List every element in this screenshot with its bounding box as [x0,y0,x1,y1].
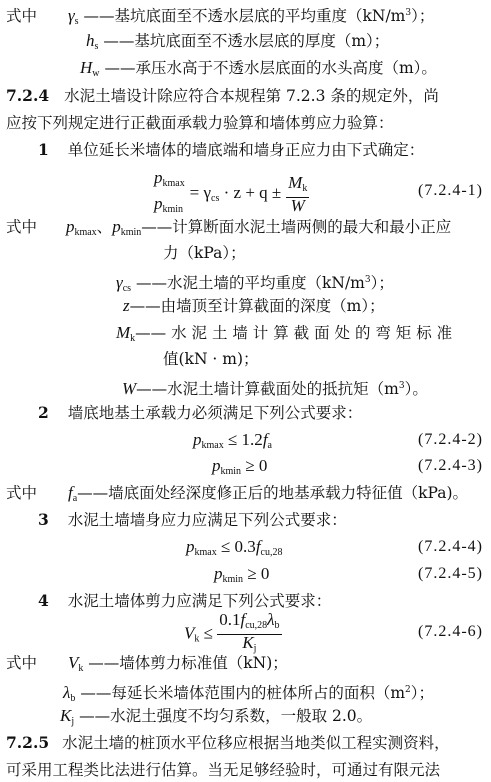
equation-number: (7.2.4-1) [418,180,483,202]
equation-number: (7.2.4-4) [418,536,483,558]
definition-gamma-cs: γcs ——水泥土墙的平均重度（kN/m3）； [116,269,394,291]
clause-7-2-5: 7.2.5 水泥土墙的桩顶水平位移应根据当地类似工程实测资料， [6,732,450,754]
equation-number: (7.2.4-5) [418,563,483,585]
clause-text: 可采用工程类比法进行估算。当无足够经验时，可通过有限元法 [6,761,440,779]
clause-7-2-4: 7.2.4 水泥土墙设计除应符合本规程第 7.2.3 条的规定外，尚 [6,85,439,107]
formula-7-2-4-3: pkmin ≥ 0 [212,455,267,477]
definition-text: ——承压水高于不透水层底面的水头高度（m）。 [104,59,436,77]
formula-7-2-4-6: Vk ≤ 0.1fcu,28λb Kj [184,612,282,652]
item-text: 墙底地基土承载力必须满足下列公式要求： [68,404,363,422]
equation-number: (7.2.4-3) [418,455,483,477]
formula-7-2-4-4: pkmax ≤ 0.3fcu,28 [186,536,283,558]
equation-number: (7.2.4-2) [418,429,483,451]
definition-text: ——基坑底面至不透水层底的厚度（m）； [103,32,389,50]
definition-h-s: hs ——基坑底面至不透水层底的厚度（m）； [86,30,389,52]
definition-p-kmax-kmin: 式中 pkmax、pkmin——计算断面水泥土墙两侧的最大和最小正应 [6,216,451,238]
definition-text: ——计算断面水泥土墙两侧的最大和最小正应 [141,218,451,236]
definition-z: z——由墙顶至计算截面的深度（m）； [123,295,385,317]
item-number: 4 [38,591,49,610]
definition-text: ——基坑底面至不透水层底的平均重度（kN/m [84,7,406,25]
formula-7-2-4-5: pkmin ≥ 0 [214,563,269,585]
definition-W: W——水泥土墙计算截面处的抵抗矩（m3）。 [122,375,428,397]
clause-7-2-5-cont: 可采用工程类比法进行估算。当无足够经验时，可通过有限元法 [6,759,440,781]
definition-H-w: Hw ——承压水高于不透水层底面的水头高度（m）。 [80,57,437,79]
item-text: 单位延长米墙体的墙底端和墙身正应力由下式确定： [68,141,425,159]
clause-text: 水泥土墙设计除应符合本规程第 7.2.3 条的规定外，尚 [64,87,439,105]
where-label: 式中 [6,218,37,236]
fraction: 0.1fcu,28λb Kj [217,612,281,657]
item-number: 2 [38,403,49,422]
clause-number: 7.2.5 [6,733,49,752]
definition-K-j: Kj ——水泥土强度不均匀系数，一般取 2.0。 [60,705,372,727]
formula-7-2-4-1: pkmax pkmin = γcs · z + q ± Mk W [154,168,309,212]
item-number: 3 [38,510,49,529]
definition-cont: 值(kN · m)； [163,348,259,370]
symbol: H [80,58,92,77]
definition-lambda-b: λb ——每延长米墙体范围内的桩体所占的面积（m2）； [63,679,434,701]
definition-V-k: 式中 Vk ——墙体剪力标准值（kN)； [6,652,288,674]
definition-M-k: Mk—— 水 泥 土 墙 计 算 截 面 处 的 弯 矩 标 准 [116,322,452,344]
formula-7-2-4-2: pkmax ≤ 1.2fa [193,429,272,451]
clause-text: 水泥土墙的桩顶水平位移应根据当地类似工程实测资料， [62,734,450,752]
where-label: 式中 [6,654,37,672]
clause-7-2-4-cont: 应按下列规定进行正截面承载力验算和墙体剪应力验算： [6,112,394,134]
definition-f-a: 式中 fa——墙底面处经深度修正后的地基承载力特征值（kPa)。 [6,482,468,504]
item-text: 水泥土墙体剪力应满足下列公式要求： [68,592,332,610]
definition-cont: 力（kPa）； [163,242,246,264]
clause-text: 应按下列规定进行正截面承载力验算和墙体剪应力验算： [6,114,394,132]
where-label: 式中 [6,484,37,502]
item-4: 4 水泥土墙体剪力应满足下列公式要求： [38,590,331,612]
where-label: 式中 [6,7,37,25]
symbol: γ [68,6,75,25]
item-2: 2 墙底地基土承载力必须满足下列公式要求： [38,402,362,424]
item-1: 1 单位延长米墙体的墙底端和墙身正应力由下式确定： [38,139,424,161]
lhs-stack: pkmax pkmin [154,168,185,220]
equation-number: (7.2.4-6) [418,621,483,643]
fraction: Mk W [286,175,309,214]
item-3: 3 水泥土墙墙身应力应满足下列公式要求： [38,509,347,531]
symbol: h [86,31,95,50]
item-number: 1 [38,140,49,159]
item-text: 水泥土墙墙身应力应满足下列公式要求： [68,511,347,529]
clause-number: 7.2.4 [6,86,49,105]
definition-gamma-s: 式中 γs ——基坑底面至不透水层底的平均重度（kN/m3）； [6,2,434,24]
